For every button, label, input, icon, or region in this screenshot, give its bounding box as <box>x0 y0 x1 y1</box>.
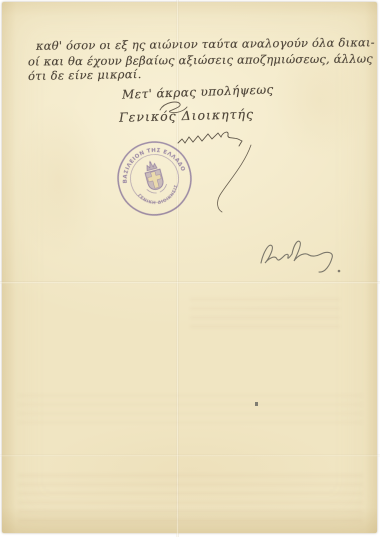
ink-speck <box>255 402 258 406</box>
stamp-coat-of-arms-icon <box>140 159 168 195</box>
scanned-document: καθ' όσον οι εξ ης αιώνιον ταύτα αναλογο… <box>0 0 380 537</box>
handwritten-line: ότι δε είνε μικραί. <box>28 67 142 83</box>
